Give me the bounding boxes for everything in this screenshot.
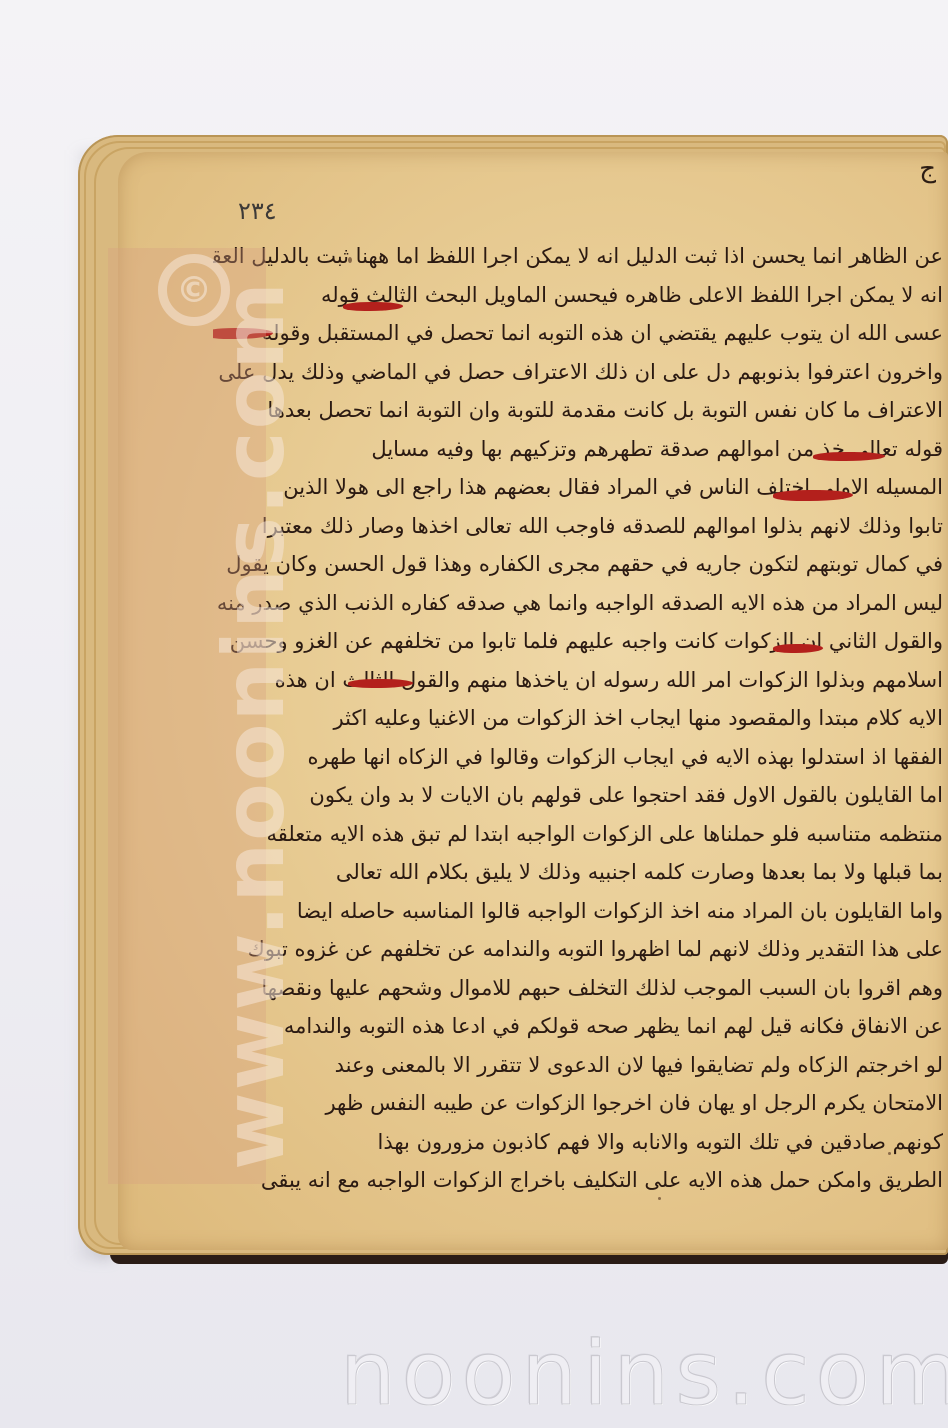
text-line: الفقها اذ استدلوا بهذه الايه في ايجاب ال… — [213, 738, 943, 777]
text-line: الاعتراف ما كان نفس التوبة بل كانت مقدمة… — [213, 391, 943, 430]
text-line: منتظمه متناسبه فلو حملناها على الزكوات ا… — [213, 815, 943, 854]
text-line: الطريق وامكن حمل هذه الايه على التكليف ب… — [213, 1161, 943, 1200]
text-line: في كمال توبتهم لتكون جاريه في حقهم مجرى … — [213, 545, 943, 584]
catchword-mark: ج — [919, 154, 936, 184]
text-line: والقول الثاني ان الزكوات كانت واجبه عليه… — [213, 622, 943, 661]
rubric-overline — [813, 452, 885, 461]
text-line: لو اخرجتم الزكاه ولم تضايقوا فيها لان ال… — [213, 1046, 943, 1085]
text-line: كونهم صادقين في تلك التوبه والانابه والا… — [213, 1123, 943, 1162]
text-line: الامتحان يكرم الرجل او يهان فان اخرجوا ا… — [213, 1084, 943, 1123]
text-line: تابوا وذلك لانهم بذلوا اموالهم للصدقه فا… — [213, 507, 943, 546]
rubric-overline — [773, 490, 853, 501]
vertical-watermark-text: www.noonins.com — [205, 280, 303, 1170]
text-line: عن الظاهر انما يحسن اذا ثبت الدليل انه ل… — [213, 237, 943, 276]
rubric-overline — [343, 302, 403, 311]
text-line-content: عسى الله ان يتوب عليهم يقتضي ان هذه التو… — [262, 321, 943, 345]
text-line: قوله تعالى خذ من اموالهم صدقة تطهرهم وتز… — [213, 430, 943, 469]
rubric-overline — [348, 679, 413, 688]
manuscript-text: عن الظاهر انما يحسن اذا ثبت الدليل انه ل… — [213, 237, 943, 1200]
text-line: وهم اقروا بان السبب الموجب لذلك التخلف ح… — [213, 969, 943, 1008]
text-line: ليس المراد من هذه الايه الصدقه الواجبه و… — [213, 584, 943, 623]
text-line-content: والقول الثاني ان الزكوات كانت واجبه عليه… — [230, 629, 943, 653]
text-line: عسى الله ان يتوب عليهم يقتضي ان هذه التو… — [213, 314, 943, 353]
text-line-content: انه لا يمكن اجرا اللفظ الاعلى ظاهره فيحس… — [321, 283, 943, 307]
text-line: انه لا يمكن اجرا اللفظ الاعلى ظاهره فيحس… — [213, 276, 943, 315]
folio-number: ٢٣٤ — [238, 197, 277, 225]
text-line: بما قبلها ولا بما بعدها وصارت كلمه اجنبي… — [213, 853, 943, 892]
text-line: المسيله الاولى اختلف الناس في المراد فقا… — [213, 468, 943, 507]
text-line: واما القايلون بان المراد منه اخذ الزكوات… — [213, 892, 943, 931]
text-line: اما القايلون بالقول الاول فقد احتجوا على… — [213, 776, 943, 815]
text-line: على هذا التقدير وذلك لانهم لما اظهروا ال… — [213, 930, 943, 969]
bottom-watermark-text: noonins.com — [340, 1322, 948, 1425]
text-line: الايه كلام مبتدا والمقصود منها ايجاب اخذ… — [213, 699, 943, 738]
text-line: واخرون اعترفوا بذنوبهم دل على ان ذلك الا… — [213, 353, 943, 392]
text-line: عن الانفاق فكانه قيل لهم انما يظهر صحه ق… — [213, 1007, 943, 1046]
text-line: اسلامهم وبذلوا الزكوات امر الله رسوله ان… — [213, 661, 943, 700]
